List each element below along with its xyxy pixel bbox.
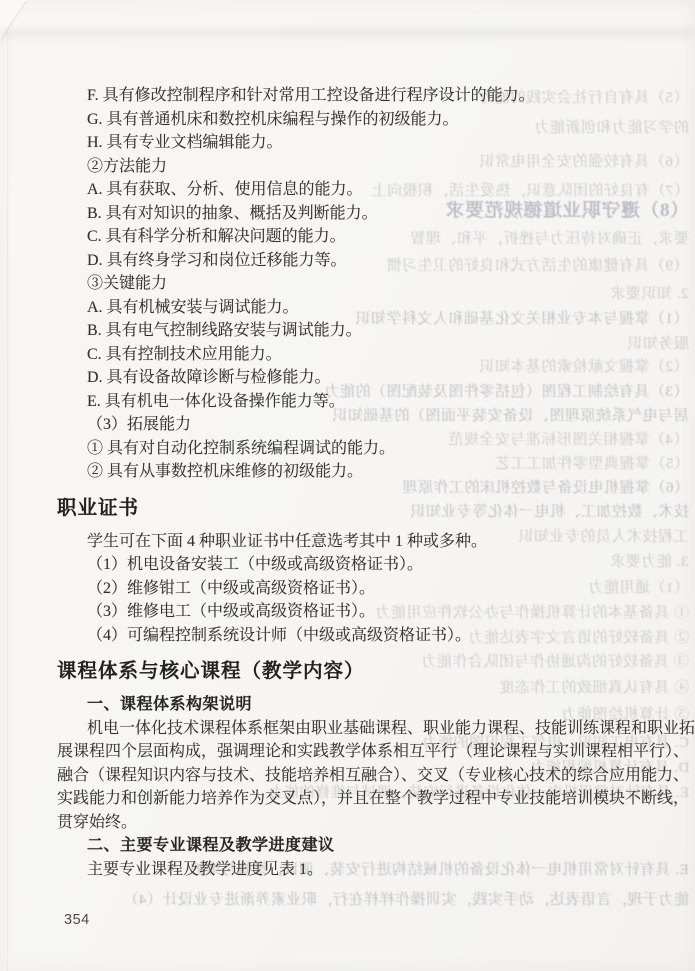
text-line: A. 具有获取、分析、使用信息的能力。 xyxy=(57,178,647,202)
text-line: ② 具有从事数控机床维修的初级能力。 xyxy=(57,460,647,484)
text-line: H. 具有专业文档编辑能力。 xyxy=(57,131,647,155)
text-line: （1）机电设备安装工（中级或高级资格证书）。 xyxy=(57,553,647,577)
text-line: 机电一体化技术课程体系框架由职业基础课程、职业能力课程、技能训练课程和职业拓 xyxy=(57,717,647,741)
text-line: 实践能力和创新能力培养作为交叉点），并且在整个教学过程中专业技能培训模块不断线， xyxy=(57,787,647,811)
text-line: A. 具有机械安装与调试能力。 xyxy=(57,296,647,320)
text-line: （3）拓展能力 xyxy=(57,413,647,437)
page-number: 354 xyxy=(64,912,90,928)
text-line: G. 具有普通机床和数控机床编程与操作的初级能力。 xyxy=(57,108,647,132)
text-line: （2）维修钳工（中级或高级资格证书）。 xyxy=(57,577,647,601)
bleedthrough-ghost-line: 能力于现，言语表达，动手实践，实训操作样样在行，职业素养渐进专业设计（4） xyxy=(123,890,689,910)
text-line: ③关键能力 xyxy=(57,272,647,296)
text-line: B. 具有电气控制线路安装与调试能力。 xyxy=(57,319,647,343)
section-heading: 职业证书 xyxy=(57,495,647,522)
text-line: ① 具有对自动化控制系统编程调试的能力。 xyxy=(57,437,647,461)
text-line: 主要专业课程及教学进度见表 1。 xyxy=(57,858,647,882)
subsection-heading: 二、主要专业课程及教学进度建议 xyxy=(57,834,647,858)
text-line: E. 具有机电一体化设备操作能力等。 xyxy=(57,390,647,414)
text-line: F. 具有修改控制程序和针对常用工控设备进行程序设计的能力。 xyxy=(57,84,647,108)
text-line: 展课程四个层面构成，强调理论和实践教学体系相互平行（理论课程与实训课程相平行）、 xyxy=(57,740,647,764)
section-heading: 课程体系与核心课程（教学内容） xyxy=(57,658,647,685)
text-line: B. 具有对知识的抽象、概括及判断能力。 xyxy=(57,202,647,226)
text-line: C. 具有控制技术应用能力。 xyxy=(57,343,647,367)
text-line: 贯穿始终。 xyxy=(57,811,647,835)
text-line: （4）可编程控制系统设计师（中级或高级资格证书）。 xyxy=(57,624,647,648)
text-line: C. 具有科学分析和解决问题的能力。 xyxy=(57,225,647,249)
text-line: 融合（课程知识内容与技术、技能培养相互融合）、交叉（专业核心技术的综合应用能力、 xyxy=(57,764,647,788)
text-line: ②方法能力 xyxy=(57,155,647,179)
scanned-book-page: （5）具有自行社会实践的能力的学习能力和创新能力（6）具有较强的安全用电常识（7… xyxy=(0,0,695,971)
text-line: 学生可在下面 4 种职业证书中任意选考其中 1 种或多种。 xyxy=(57,530,647,554)
text-line: （3）维修电工（中级或高级资格证书）。 xyxy=(57,600,647,624)
text-line: D. 具有终身学习和岗位迁移能力等。 xyxy=(57,249,647,273)
page-corner-fold xyxy=(0,0,26,40)
subsection-heading: 一、课程体系构架说明 xyxy=(57,693,647,717)
text-line: D. 具有设备故障诊断与检修能力。 xyxy=(57,366,647,390)
page-content: F. 具有修改控制程序和针对常用工控设备进行程序设计的能力。G. 具有普通机床和… xyxy=(57,84,647,881)
